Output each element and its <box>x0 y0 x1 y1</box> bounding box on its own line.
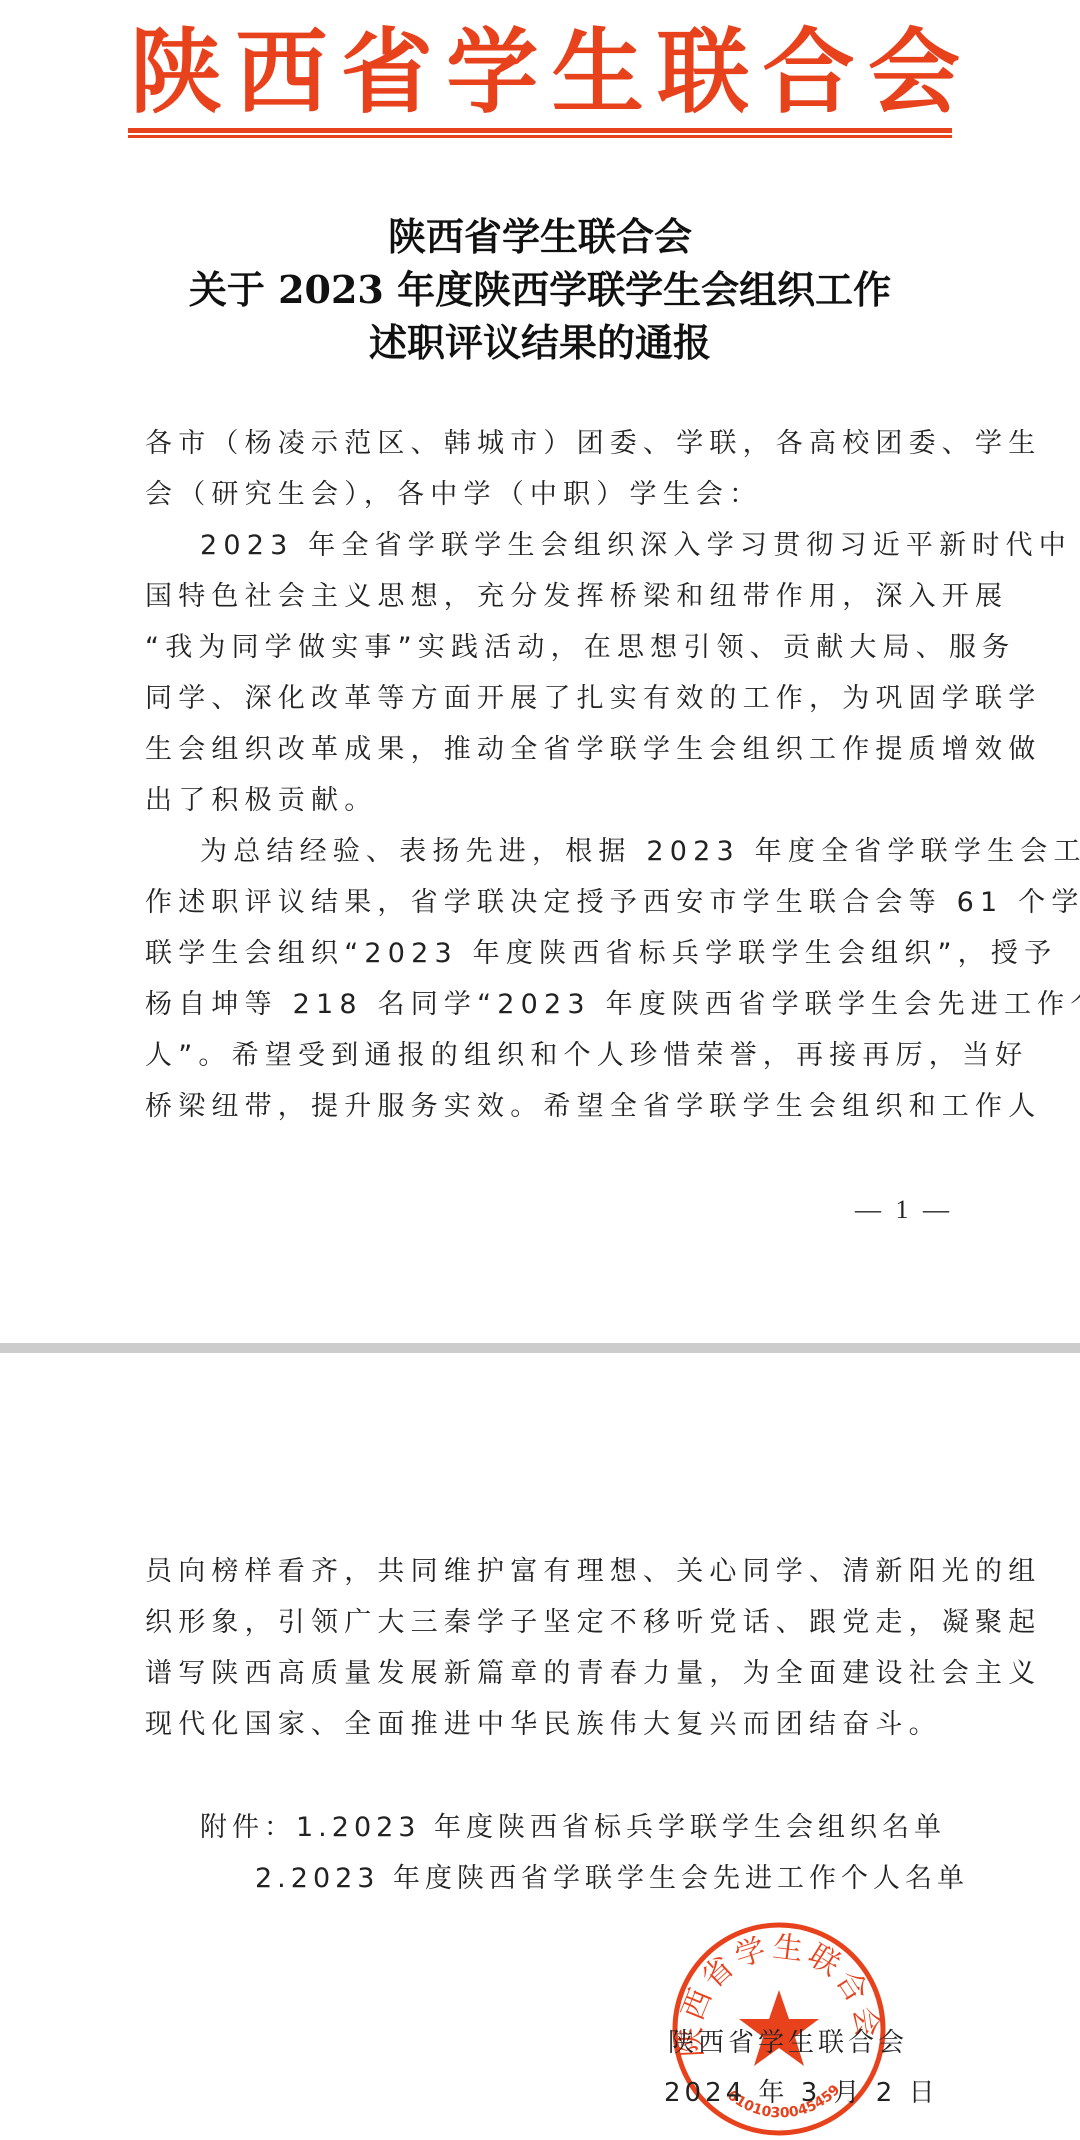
masthead-char: 生 <box>552 22 644 122</box>
document-title-line-3: 述职评议结果的通报 <box>0 318 1080 368</box>
paragraph-line: 员向榜样看齐，共同维护富有理想、关心同学、清新阳光的组 <box>145 1555 945 1589</box>
paragraph-line: 2023 年全省学联学生会组织深入学习贯彻习近平新时代中 <box>200 529 1000 563</box>
paragraph-line: 谱写陕西高质量发展新篇章的青春力量，为全面建设社会主义 <box>145 1657 945 1691</box>
page-number: — 1 — <box>855 1195 953 1225</box>
masthead-char: 陕 <box>130 22 222 122</box>
document-title-line-2: 关于 2023 年度陕西学联学生会组织工作 <box>0 265 1080 315</box>
paragraph-line: 联学生会组织“2023 年度陕西省标兵学联学生会组织”，授予 <box>145 937 945 971</box>
paragraph-line: 杨自坤等 218 名同学“2023 年度陕西省学联学生会先进工作个 <box>145 988 945 1022</box>
paragraph-line: 同学、深化改革等方面开展了扎实有效的工作，为巩固学联学 <box>145 682 945 716</box>
paragraph-line: 桥梁纽带，提升服务实效。希望全省学联学生会组织和工作人 <box>145 1090 945 1124</box>
paragraph-line: 生会组织改革成果，推动全省学联学生会组织工作提质增效做 <box>145 733 945 767</box>
masthead-char: 联 <box>657 22 749 122</box>
masthead-char: 会 <box>868 22 960 122</box>
masthead-char: 合 <box>763 22 855 122</box>
paragraph-line: 国特色社会主义思想，充分发挥桥梁和纽带作用，深入开展 <box>145 580 945 614</box>
letterhead-rule-thin <box>128 135 952 138</box>
letterhead-rule-thick <box>128 128 952 133</box>
masthead-char: 西 <box>235 22 327 122</box>
paragraph-line: 人”。希望受到通报的组织和个人珍惜荣誉，再接再厉，当好 <box>145 1039 945 1073</box>
salutation-line: 会（研究生会），各中学（中职）学生会： <box>145 478 945 512</box>
paragraph-line: “我为同学做实事”实践活动，在思想引领、贡献大局、服务 <box>145 631 945 665</box>
letterhead-masthead: 陕 西 省 学 生 联 合 会 <box>130 22 960 122</box>
paragraph-line: 出了积极贡献。 <box>145 784 945 818</box>
paragraph-line: 现代化国家、全面推进中华民族伟大复兴而团结奋斗。 <box>145 1708 945 1742</box>
paragraph-line: 织形象，引领广大三秦学子坚定不移听党话、跟党走，凝聚起 <box>145 1606 945 1640</box>
masthead-char: 省 <box>341 22 433 122</box>
signature-date: 2024 年 3 月 2 日 <box>664 2072 939 2109</box>
masthead-char: 学 <box>446 22 538 122</box>
salutation-line: 各市（杨凌示范区、韩城市）团委、学联，各高校团委、学生 <box>145 427 945 461</box>
attachment-item: 附件：1.2023 年度陕西省标兵学联学生会组织名单 <box>200 1811 946 1845</box>
paragraph-line: 作述职评议结果，省学联决定授予西安市学生联合会等 61 个学 <box>145 886 945 920</box>
signature-organization: 陕西省学生联合会 <box>668 2022 908 2059</box>
document-title-line-1: 陕西省学生联合会 <box>0 212 1080 262</box>
paragraph-line: 为总结经验、表扬先进，根据 2023 年度全省学联学生会工 <box>200 835 1000 869</box>
attachment-item: 2.2023 年度陕西省学联学生会先进工作个人名单 <box>255 1862 969 1896</box>
page-separator <box>0 1343 1080 1353</box>
